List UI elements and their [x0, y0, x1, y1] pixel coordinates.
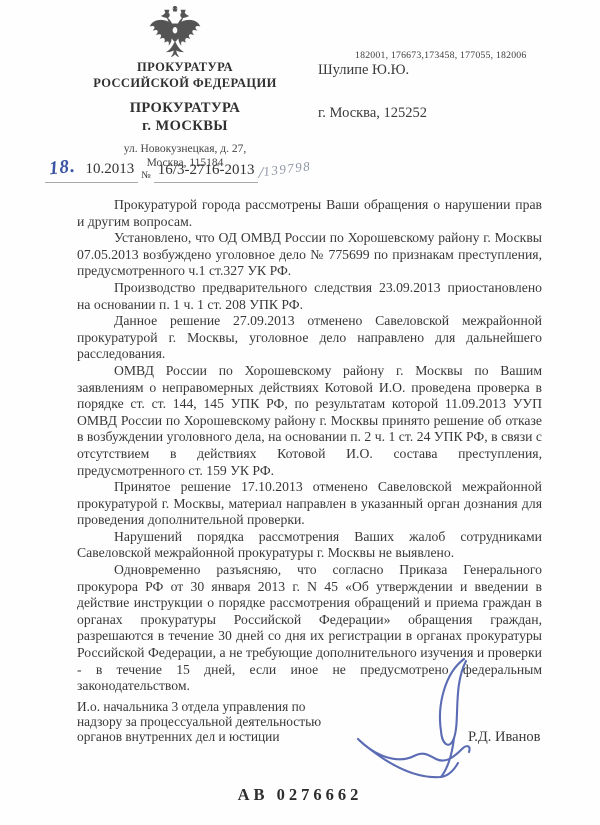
dept-name: ПРОКУРАТУРА г. МОСКВЫ	[40, 100, 330, 135]
handwritten-suffix: 139798	[263, 158, 313, 180]
dept-name-line2: г. МОСКВЫ	[40, 118, 330, 136]
paragraph: Данное решение 27.09.2013 отменено Савел…	[77, 313, 542, 363]
handwritten-signature	[348, 653, 523, 783]
number-segment: 16/3-2716-2013	[154, 162, 259, 183]
paragraph: ОМВД России по Хорошевскому району г. Мо…	[77, 363, 542, 479]
form-serial-number: АВ 0276662	[0, 785, 600, 805]
scanned-letter-page: ПРОКУРАТУРА РОССИЙСКОЙ ФЕДЕРАЦИИ ПРОКУРА…	[0, 0, 600, 825]
reference-line: 18. 10.2013 № 16/3-2716-2013 / 139798	[45, 157, 312, 183]
printed-date: 10.2013	[86, 161, 135, 177]
letter-body: Прокуратурой города рассмотрены Ваши обр…	[77, 197, 542, 695]
org-name: ПРОКУРАТУРА РОССИЙСКОЙ ФЕДЕРАЦИИ	[40, 60, 330, 91]
date-segment: 18. 10.2013	[45, 157, 138, 183]
paragraph: Производство предварительного следствия …	[77, 280, 542, 313]
paragraph: Принятое решение 17.10.2013 отменено Сав…	[77, 479, 542, 529]
outgoing-number: 16/3-2716-2013	[158, 162, 255, 178]
letterhead: ПРОКУРАТУРА РОССИЙСКОЙ ФЕДЕРАЦИИ ПРОКУРА…	[40, 60, 330, 170]
number-sign: №	[141, 170, 151, 183]
recipient-city: г. Москва, 125252	[318, 105, 558, 122]
paragraph: Нарушений порядка рассмотрения Ваших жал…	[77, 529, 542, 562]
paragraph: Установлено, что ОД ОМВД России по Хорош…	[77, 230, 542, 280]
recipient-block: 182001, 176673,173458, 177055, 182006 Шу…	[318, 50, 558, 122]
signer-name: Р.Д. Иванов	[468, 729, 540, 746]
dept-name-line1: ПРОКУРАТУРА	[40, 100, 330, 118]
address-line1: ул. Новокузнецкая, д. 27,	[40, 143, 330, 157]
russian-coat-of-arms-icon	[148, 6, 202, 60]
handwritten-day: 18.	[48, 156, 77, 181]
org-name-line2: РОССИЙСКОЙ ФЕДЕРАЦИИ	[40, 76, 330, 92]
paragraph: Прокуратурой города рассмотрены Ваши обр…	[77, 197, 542, 230]
case-numbers: 182001, 176673,173458, 177055, 182006	[355, 50, 558, 61]
org-name-line1: ПРОКУРАТУРА	[40, 60, 330, 76]
recipient-name: Шулипе Ю.Ю.	[318, 62, 558, 79]
